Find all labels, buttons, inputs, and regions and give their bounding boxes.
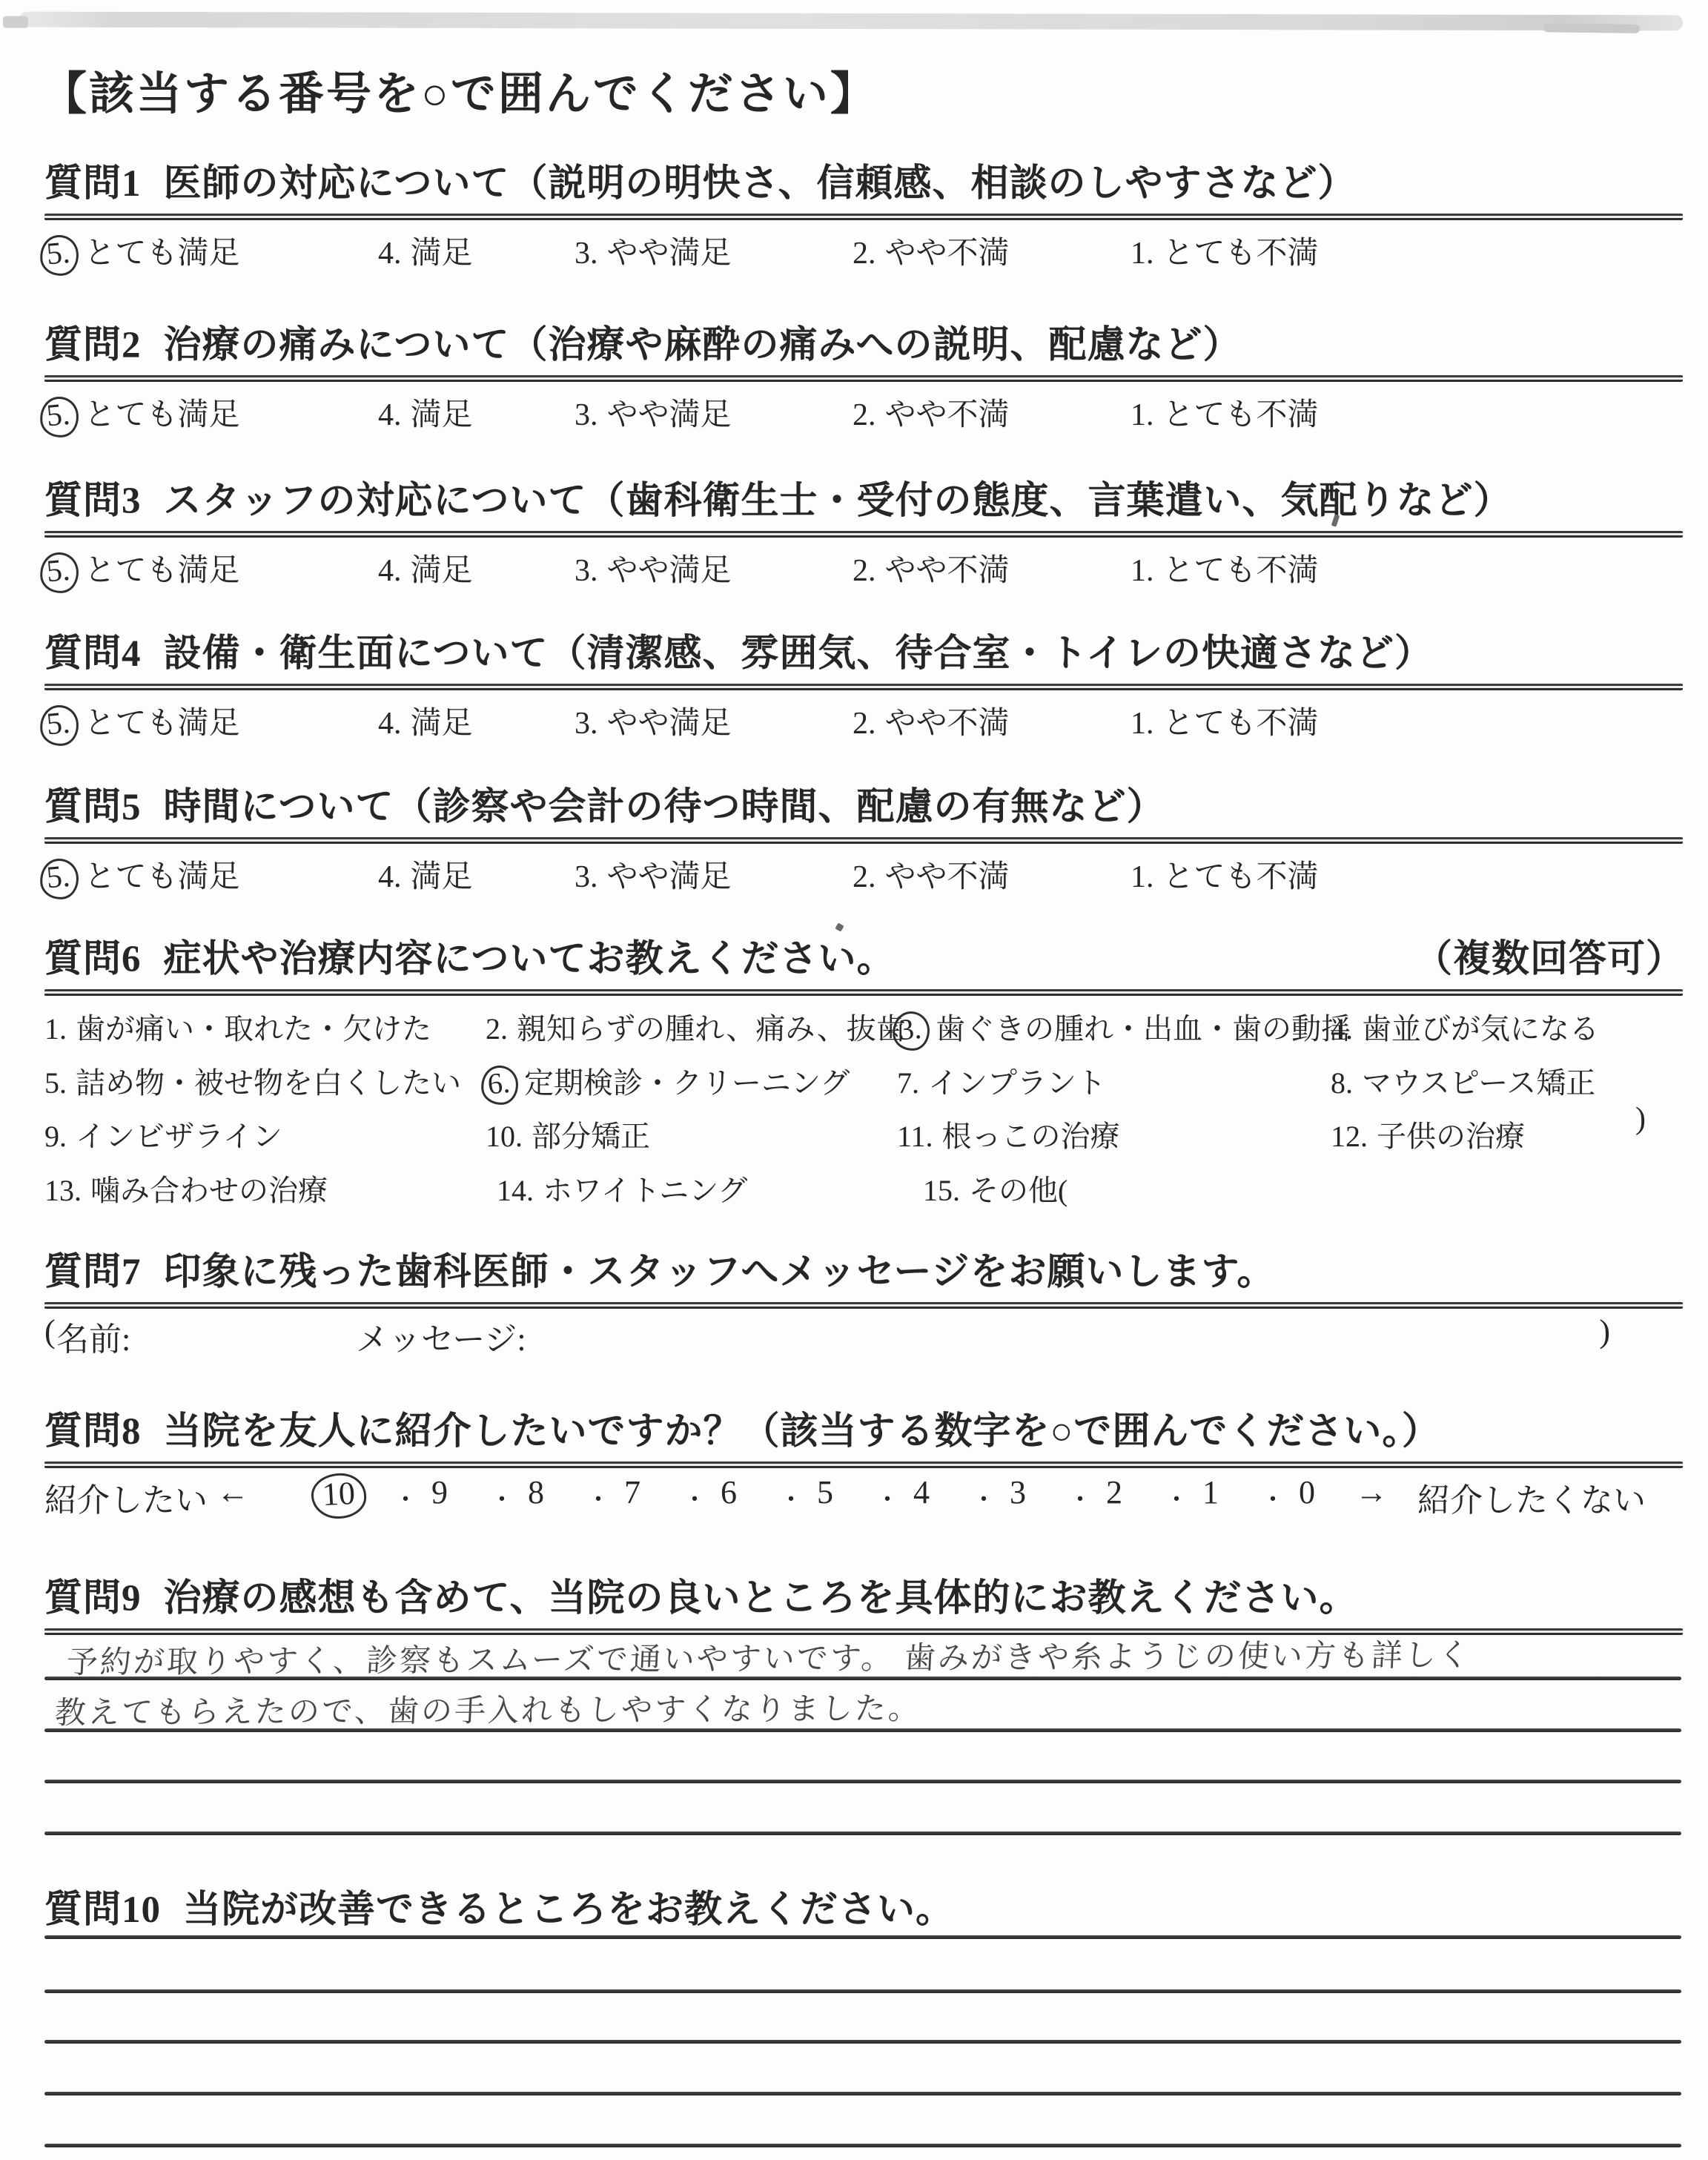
symptom-option: 8.マウスピース矯正 [1331, 1060, 1595, 1102]
option-label: 子供の治療 [1377, 1120, 1525, 1153]
question-number: 質問4 [44, 633, 142, 675]
option-label: やや不満 [885, 707, 1010, 741]
option-number: 3. [575, 707, 598, 741]
option-number: 1. [44, 1012, 67, 1046]
option-number: 4. [378, 237, 402, 271]
option-label: とても満足 [85, 237, 240, 271]
separator-dot: ・ [393, 1479, 418, 1516]
nps-number: 1 [1202, 1473, 1219, 1511]
option-label: マウスピース矯正 [1362, 1066, 1595, 1100]
option-label: とても満足 [85, 707, 240, 741]
symptom-option: 15.その他( [923, 1167, 1067, 1209]
writing-line [44, 2092, 1681, 2095]
question-number: 質問10 [44, 1889, 161, 1931]
option-label: やや満足 [607, 707, 732, 741]
separator-dot: ・ [1260, 1479, 1285, 1516]
section-rule [44, 989, 1683, 996]
nps-number: 4 [913, 1473, 930, 1511]
question-number: 質問1 [44, 163, 142, 205]
option-number: 3. [575, 237, 598, 271]
section-rule [44, 214, 1683, 220]
question-title: 設備・衛生面について（清潔感、雰囲気、待合室・トイレの快適さなど） [164, 633, 1433, 675]
writing-line [44, 2040, 1681, 2044]
option-number: 9. [44, 1120, 67, 1153]
option-label: 満足 [411, 860, 473, 894]
question-block-9: 質問9治療の感想も含めて、当院の良いところを具体的にお教えください。 予約が取り… [44, 1579, 1684, 1891]
separator-dot: ・ [682, 1479, 707, 1516]
nps-number: 6 [721, 1473, 737, 1511]
handwritten-circle-mark: 5. [39, 857, 80, 901]
page-title: 【該当する番号を○で囲んでください】 [42, 58, 878, 122]
option-label: やや不満 [885, 237, 1010, 271]
writing-line [44, 2144, 1681, 2147]
rating-option: 3.やや満足 [575, 228, 732, 273]
option-number: 11. [897, 1120, 933, 1153]
handwritten-circle-mark: 10 [310, 1472, 367, 1520]
rating-option: 3.やや満足 [575, 390, 732, 435]
handwritten-circle-mark: 5. [39, 234, 80, 277]
question-title: 時間について（診察や会計の待つ時間、配慮の有無など） [164, 787, 1165, 828]
option-number: 2. [853, 554, 876, 588]
symptom-option: 9.インビザライン [44, 1113, 282, 1155]
nps-number: 9 [431, 1473, 448, 1511]
rating-option: 5.とても満足 [44, 698, 240, 746]
question-block-10: 質問10当院が改善できるところをお教えください。 [44, 1891, 1684, 2158]
handwritten-circle-mark: 5. [39, 704, 80, 747]
question-title: 当院が改善できるところをお教えください。 [183, 1889, 954, 1931]
rating-option: 4.満足 [378, 390, 473, 435]
option-number: 1. [1131, 398, 1154, 432]
option-label: やや不満 [885, 860, 1010, 894]
question-title: 治療の痛みについて（治療や麻酔の痛みへの説明、配慮など） [164, 325, 1242, 366]
rating-option: 2.やや不満 [853, 698, 1010, 743]
symptom-option: 6.定期検診・クリーニング [486, 1060, 850, 1105]
rating-option: 5.とても満足 [44, 546, 240, 593]
option-label: 部分矯正 [532, 1120, 650, 1153]
question-heading: 質問9治療の感想も含めて、当院の良いところを具体的にお教えください。 [44, 1579, 1684, 1619]
symptom-option: 4.歯並びが気になる [1331, 1005, 1599, 1048]
left-arrow-icon: ← [216, 1473, 249, 1511]
option-label: ホワイトニング [543, 1174, 747, 1207]
nps-number: 2 [1106, 1473, 1122, 1511]
rating-options-row: 5.とても満足4.満足3.やや満足2.やや不満1.とても不満 [44, 228, 1684, 277]
option-label: とても不満 [1163, 398, 1319, 432]
writing-line [44, 1989, 1681, 1993]
question-block-7: 質問7印象に残った歯科医師・スタッフへメッセージをお願いします。 ( 名前: メ… [44, 1253, 1684, 1293]
option-number: 3. [575, 398, 598, 432]
separator-dot: ・ [971, 1479, 996, 1516]
question-heading: 質問8当院を友人に紹介したいですか？（該当する数字を○で囲んでください。） [44, 1413, 1684, 1453]
handwritten-answer-line-1: 予約が取りやすく、診察もスムーズで通いやすいです。 歯みがきや糸ようじの使い方も… [66, 1631, 1473, 1682]
separator-dot: ・ [875, 1479, 900, 1516]
rating-option: 2.やや不満 [853, 228, 1010, 273]
option-number: 10. [486, 1120, 523, 1153]
question-title: 医師の対応について（説明の明快さ、信頼感、相談のしやすさなど） [164, 163, 1357, 205]
nps-left-label: 紹介したい [44, 1473, 208, 1521]
handwritten-answer-line-2: 教えてもらえたので、歯の手入れもしやすくなりました。 [54, 1684, 923, 1733]
question-number: 質問5 [44, 787, 142, 828]
rating-option: 5.とても満足 [44, 390, 240, 437]
separator-dot: ・ [1067, 1479, 1093, 1516]
option-number: 13. [44, 1174, 82, 1207]
question-heading: 質問1医師の対応について（説明の明快さ、信頼感、相談のしやすさなど） [44, 165, 1684, 205]
rating-option: 4.満足 [378, 852, 473, 896]
rating-options-row: 5.とても満足4.満足3.やや満足2.やや不満1.とても不満 [44, 546, 1684, 595]
option-label: 満足 [411, 707, 473, 741]
rating-option: 1.とても不満 [1131, 390, 1319, 435]
option-number: 1. [1131, 237, 1154, 271]
option-label: とても不満 [1163, 554, 1319, 588]
option-label: 歯ぐきの腫れ・出血・歯の動揺 [936, 1012, 1351, 1046]
option-number: 3. [575, 554, 598, 588]
symptom-option: 1.歯が痛い・取れた・欠けた [44, 1005, 431, 1048]
option-label: 満足 [411, 237, 473, 271]
rating-option: 4.満足 [378, 546, 473, 590]
rating-option: 4.満足 [378, 698, 473, 743]
rating-option: 4.満足 [378, 228, 473, 273]
option-number: 2. [853, 860, 876, 894]
section-rule [44, 375, 1683, 382]
option-number: 12. [1331, 1120, 1368, 1153]
question-heading: 質問3スタッフの対応について（歯科衛生士・受付の態度、言葉遣い、気配りなど） [44, 482, 1684, 522]
question-number: 質問2 [44, 325, 142, 366]
option-label: インプラント [928, 1066, 1106, 1100]
symptom-option: 7.インプラント [897, 1060, 1106, 1102]
question-block-3: 質問3スタッフの対応について（歯科衛生士・受付の態度、言葉遣い、気配りなど）5.… [44, 482, 1684, 522]
open-paren: ( [44, 1312, 56, 1350]
option-number: 2. [853, 398, 876, 432]
message-field-label: メッセージ: [356, 1312, 526, 1360]
handwritten-circle-mark: 3. [891, 1010, 931, 1052]
option-label: 親知らずの腫れ、痛み、抜歯 [517, 1012, 906, 1046]
symptom-option: 13.噛み合わせの治療 [44, 1167, 328, 1209]
symptom-option: 12.子供の治療 [1331, 1113, 1525, 1155]
nps-scale-row: 紹介したい←10・9・8・7・6・5・4・3・2・1・0→紹介したくない [44, 1473, 1684, 1527]
question-title: 症状や治療内容についてお教えください。 [164, 939, 896, 980]
separator-dot: ・ [586, 1479, 611, 1516]
rating-option: 2.やや不満 [853, 546, 1010, 590]
writing-line [44, 1832, 1681, 1835]
option-label: やや満足 [607, 398, 732, 432]
rating-options-row: 5.とても満足4.満足3.やや満足2.やや不満1.とても不満 [44, 698, 1684, 747]
option-label: インビザライン [76, 1120, 282, 1153]
question-block-1: 質問1医師の対応について（説明の明快さ、信頼感、相談のしやすさなど）5.とても満… [44, 165, 1684, 205]
separator-dot: ・ [1164, 1479, 1189, 1516]
option-number: 5. [44, 1066, 67, 1100]
name-field-label: 名前: [56, 1312, 130, 1360]
rating-options-row: 5.とても満足4.満足3.やや満足2.やや不満1.とても不満 [44, 852, 1684, 901]
question-heading: 質問5時間について（診察や会計の待つ時間、配慮の有無など） [44, 788, 1684, 828]
question-title: スタッフの対応について（歯科衛生士・受付の態度、言葉遣い、気配りなど） [164, 480, 1512, 522]
rating-option: 3.やや満足 [575, 546, 732, 590]
option-number: 14. [497, 1174, 534, 1207]
option-label: とても満足 [85, 554, 240, 588]
option-label: とても不満 [1163, 707, 1319, 741]
question-heading: 質問2治療の痛みについて（治療や麻酔の痛みへの説明、配慮など） [44, 326, 1684, 366]
handwritten-circle-mark: 5. [39, 551, 80, 595]
option-label: 満足 [411, 398, 473, 432]
nps-number: 3 [1010, 1473, 1026, 1511]
option-number: 1. [1131, 554, 1154, 588]
other-option-close-paren: ) [1635, 1101, 1646, 1137]
question-heading: 質問4設備・衛生面について（清潔感、雰囲気、待合室・トイレの快適さなど） [44, 635, 1684, 675]
question-number: 質問6 [44, 939, 142, 980]
option-number: 4. [1331, 1012, 1353, 1046]
option-number: 2. [486, 1012, 508, 1046]
rating-option: 1.とても不満 [1131, 852, 1319, 896]
symptom-option: 14.ホワイトニング [497, 1167, 747, 1209]
option-number: 2. [853, 237, 876, 271]
multiple-answers-note: （複数回答可） [1414, 940, 1684, 980]
rating-options-row: 5.とても満足4.満足3.やや満足2.やや不満1.とても不満 [44, 390, 1684, 439]
rating-option: 3.やや満足 [575, 852, 732, 896]
question-block-4: 質問4設備・衛生面について（清潔感、雰囲気、待合室・トイレの快適さなど）5.とて… [44, 635, 1684, 675]
option-label: 満足 [411, 554, 473, 588]
rating-option: 1.とても不満 [1131, 546, 1319, 590]
option-label: 定期検診・クリーニング [524, 1066, 850, 1100]
section-rule [44, 1302, 1683, 1309]
question-title: 当院を友人に紹介したいですか？（該当する数字を○で囲んでください。） [164, 1411, 1440, 1453]
separator-dot: ・ [489, 1479, 514, 1516]
option-label: 詰め物・被せ物を白くしたい [76, 1066, 461, 1100]
rating-option: 5.とても満足 [44, 852, 240, 899]
section-rule [44, 1462, 1683, 1468]
question-heading: 質問7印象に残った歯科医師・スタッフへメッセージをお願いします。 [44, 1253, 1684, 1293]
scanned-survey-form: 【該当する番号を○で囲んでください】 質問1医師の対応について（説明の明快さ、信… [0, 0, 1708, 2160]
option-label: その他( [969, 1174, 1067, 1207]
rating-option: 5.とても満足 [44, 228, 240, 276]
nps-number: 8 [528, 1473, 544, 1511]
writing-line [44, 1677, 1681, 1680]
handwritten-circle-mark: 5. [39, 395, 80, 439]
question-block-2: 質問2治療の痛みについて（治療や麻酔の痛みへの説明、配慮など）5.とても満足4.… [44, 326, 1684, 366]
option-label: やや満足 [607, 554, 732, 588]
option-number: 4. [378, 707, 402, 741]
question-number: 質問7 [44, 1252, 142, 1293]
option-label: やや不満 [885, 554, 1010, 588]
scan-speck [835, 922, 844, 931]
question-title: 印象に残った歯科医師・スタッフへメッセージをお願いします。 [164, 1252, 1276, 1293]
option-number: 4. [378, 860, 402, 894]
separator-dot: ・ [778, 1479, 804, 1516]
option-number: 15. [923, 1174, 960, 1207]
question-heading: 質問10当院が改善できるところをお教えください。 [44, 1891, 1684, 1931]
option-number: 7. [897, 1066, 919, 1100]
symptom-option: 10.部分矯正 [486, 1113, 650, 1155]
right-arrow-icon: → [1355, 1473, 1388, 1511]
question-block-5: 質問5時間について（診察や会計の待つ時間、配慮の有無など）5.とても満足4.満足… [44, 788, 1684, 828]
section-rule [44, 684, 1683, 690]
symptom-option: 5.詰め物・被せ物を白くしたい [44, 1060, 461, 1102]
nps-number: 7 [624, 1473, 640, 1511]
question-number: 質問8 [44, 1411, 142, 1453]
option-label: 歯並びが気になる [1362, 1012, 1599, 1046]
option-label: 噛み合わせの治療 [90, 1174, 328, 1207]
symptom-options-grid: 1.歯が痛い・取れた・欠けた2.親知らずの腫れ、痛み、抜歯3.歯ぐきの腫れ・出血… [44, 1005, 1684, 1228]
option-number: 4. [378, 398, 402, 432]
writing-line [44, 1935, 1681, 1939]
symptom-option: 3.歯ぐきの腫れ・出血・歯の動揺 [897, 1005, 1351, 1051]
option-number: 8. [1331, 1066, 1353, 1100]
nps-number: 0 [1299, 1473, 1315, 1511]
option-label: とても満足 [85, 398, 240, 432]
option-number: 3. [575, 860, 598, 894]
option-label: 根っこの治療 [942, 1120, 1120, 1153]
close-paren: ) [1599, 1312, 1610, 1350]
option-number: 1. [1131, 860, 1154, 894]
question-block-6: 質問6症状や治療内容についてお教えください。 （複数回答可） 1.歯が痛い・取れ… [44, 940, 1684, 980]
name-message-row: ( 名前: メッセージ: ) [44, 1312, 1684, 1357]
writing-line [44, 1780, 1681, 1783]
rating-option: 1.とても不満 [1131, 228, 1319, 273]
option-label: やや満足 [607, 237, 732, 271]
section-rule [44, 837, 1683, 844]
option-label: とても満足 [85, 860, 240, 894]
section-rule [44, 531, 1683, 538]
question-title: 治療の感想も含めて、当院の良いところを具体的にお教えください。 [164, 1578, 1358, 1619]
nps-right-label: 紹介したくない [1417, 1473, 1646, 1521]
question-number: 質問3 [44, 480, 142, 522]
scanner-artifact-bar [19, 12, 1683, 31]
option-number: 1. [1131, 707, 1154, 741]
option-label: やや満足 [607, 860, 732, 894]
option-label: とても不満 [1163, 237, 1319, 271]
question-heading: 質問6症状や治療内容についてお教えください。 （複数回答可） [44, 940, 1684, 980]
option-number: 2. [853, 707, 876, 741]
question-number: 質問9 [44, 1578, 142, 1619]
option-label: やや不満 [885, 398, 1010, 432]
handwritten-circle-mark: 6. [480, 1064, 520, 1106]
question-block-8: 質問8当院を友人に紹介したいですか？（該当する数字を○で囲んでください。） 紹介… [44, 1413, 1684, 1453]
rating-option: 1.とても不満 [1131, 698, 1319, 743]
symptom-option: 11.根っこの治療 [897, 1113, 1120, 1155]
rating-option: 2.やや不満 [853, 852, 1010, 896]
symptom-option: 2.親知らずの腫れ、痛み、抜歯 [486, 1005, 906, 1048]
rating-option: 3.やや満足 [575, 698, 732, 743]
option-label: とても不満 [1163, 860, 1319, 894]
writing-line [44, 1728, 1681, 1732]
option-label: 歯が痛い・取れた・欠けた [76, 1012, 431, 1046]
option-number: 4. [378, 554, 402, 588]
rating-option: 2.やや不満 [853, 390, 1010, 435]
nps-number: 5 [817, 1473, 833, 1511]
